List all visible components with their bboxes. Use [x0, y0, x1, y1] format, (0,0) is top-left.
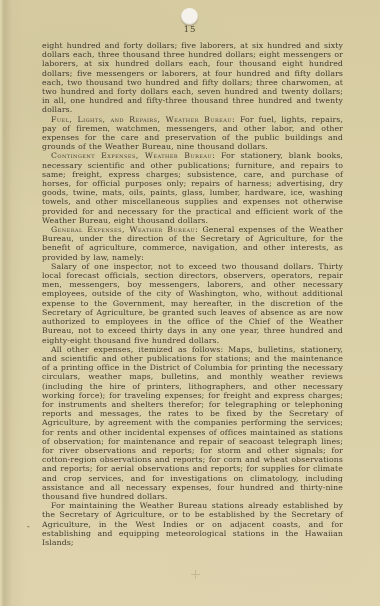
punch-hole — [181, 8, 198, 25]
paragraph: All other expenses, itemized as follows:… — [42, 345, 343, 501]
paper-cross-mark — [191, 570, 200, 579]
section-heading: Fuel, Lights, and Repairs, Weather Burea… — [51, 115, 235, 124]
paragraph-text: For stationery, blank books, necessary s… — [42, 151, 343, 224]
paragraph: eight hundred and forty dollars; five la… — [42, 41, 343, 115]
paragraph-text: Salary of one inspector, not to exceed t… — [42, 262, 343, 345]
page-number: 15 — [0, 25, 380, 35]
paragraph: For maintaining the Weather Bureau stati… — [42, 501, 343, 547]
paragraph-text: eight hundred and forty dollars; five la… — [42, 41, 343, 114]
paragraph: Fuel, Lights, and Repairs, Weather Burea… — [42, 115, 343, 152]
section-heading: Contingent Expenses, Weather Bureau: — [51, 151, 215, 160]
paragraph: Salary of one inspector, not to exceed t… — [42, 262, 343, 345]
paragraph-text: All other expenses, itemized as follows:… — [42, 345, 343, 501]
paragraph: Contingent Expenses, Weather Bureau: For… — [42, 151, 343, 225]
margin-annotation-dash: - — [27, 522, 30, 531]
paragraph-text: For maintaining the Weather Bureau stati… — [42, 501, 343, 547]
paragraph: General Expenses, Weather Bureau: Genera… — [42, 225, 343, 262]
scanned-document-page: 15 eight hundred and forty dollars; five… — [0, 0, 380, 606]
page-text-block: eight hundred and forty dollars; five la… — [42, 41, 343, 547]
section-heading: General Expenses, Weather Bureau: — [51, 225, 198, 234]
